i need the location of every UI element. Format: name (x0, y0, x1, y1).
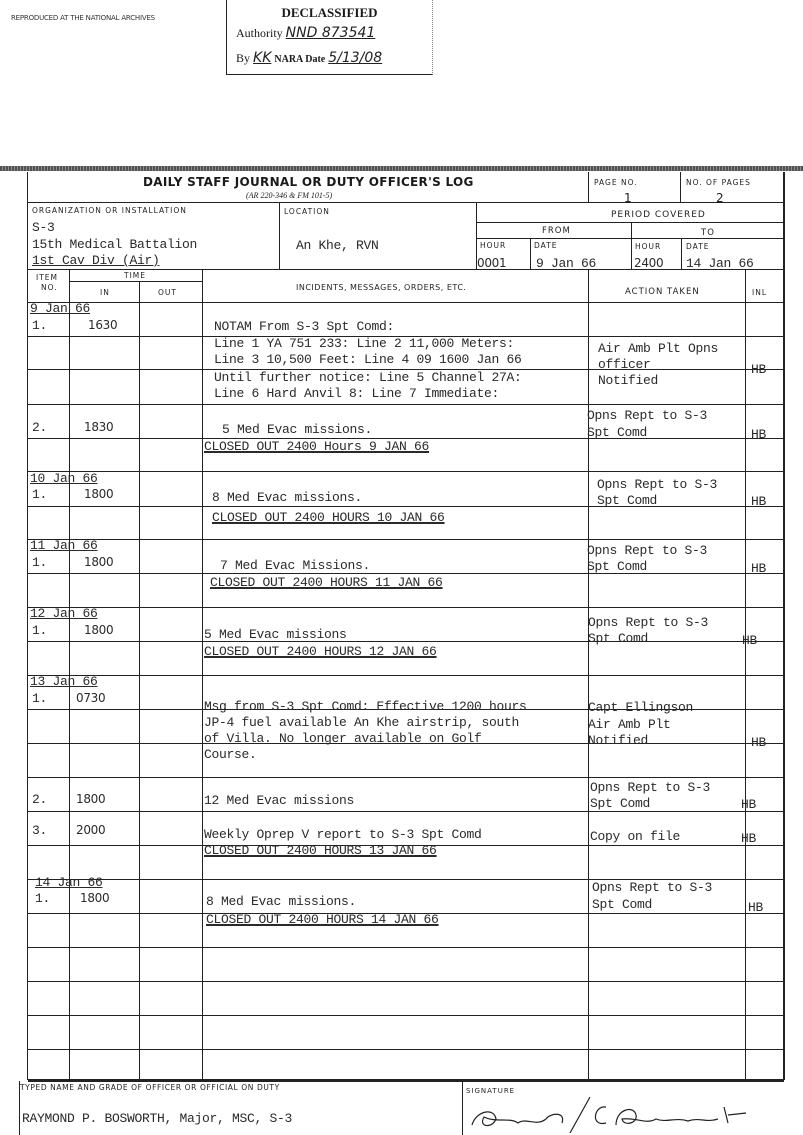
incident-line: JP-4 fuel available An Khe airstrip, sou… (204, 715, 519, 730)
row-divider (28, 675, 784, 676)
incident-line: Line 1 YA 751 233: Line 2 11,000 Meters: (214, 336, 514, 351)
incident-line: NOTAM From S-3 Spt Comd: (214, 319, 394, 334)
form-title: DAILY STAFF JOURNAL OR DUTY OFFICER'S LO… (143, 175, 474, 189)
divider (462, 1081, 463, 1135)
torn-page-edge (0, 166, 803, 171)
incident-line: of Villa. No longer available on Golf (204, 731, 482, 746)
closed-out-line: CLOSED OUT 2400 HOURS 10 JAN 66 (212, 510, 445, 525)
incident-line: Msg from S-3 Spt Comd: Effective 1200 ho… (204, 699, 527, 714)
form-subtitle: (AR 220-346 & FM 101-5) (246, 191, 332, 200)
action-line: Spt Comd (592, 897, 652, 912)
org-line-2: 15th Medical Battalion (32, 237, 197, 252)
item-no: 1. (32, 623, 47, 638)
action-line: Opns Rept to S-3 (587, 408, 707, 423)
row-divider (28, 471, 784, 472)
col-inl-label: INL (752, 288, 767, 297)
divider (680, 172, 681, 202)
time-in: 1800 (84, 555, 113, 569)
initials: HB (751, 561, 766, 576)
org-label: ORGANIZATION OR INSTALLATION (32, 206, 187, 215)
to-date-label: DATE (686, 242, 710, 251)
initials: HB (742, 633, 757, 648)
divider (28, 202, 784, 203)
by-label: By (236, 51, 250, 65)
initials: HB (741, 797, 756, 812)
col-action-label: ACTION TAKEN (625, 287, 700, 297)
from-hour-value: 0001 (477, 256, 506, 270)
action-line: Spt Comd (590, 796, 650, 811)
closed-out-line: CLOSED OUT 2400 HOURS 13 JAN 66 (204, 843, 437, 858)
initials: HB (751, 735, 766, 750)
authority-label: Authority (236, 26, 283, 40)
row-divider (28, 539, 784, 540)
incident-line: Until further notice: Line 5 Channel 27A… (214, 370, 522, 385)
action-line: Opns Rept to S-3 (587, 543, 707, 558)
authority-line: Authority NND 873541 (236, 25, 375, 41)
to-label: TO (701, 228, 715, 238)
col-no-label: NO. (41, 283, 58, 292)
item-no: 1. (32, 555, 47, 570)
closed-out-line: CLOSED OUT 2400 HOURS 12 JAN 66 (204, 644, 437, 659)
nara-date-value: 5/13/08 (328, 50, 382, 66)
row-divider (28, 1015, 784, 1016)
initials: HB (751, 427, 766, 442)
org-line-1: S-3 (32, 220, 55, 235)
incident-line: 5 Med Evac missions (204, 627, 347, 642)
date-header: 11 Jan 66 (30, 538, 98, 553)
incident-line: 7 Med Evac Missions. (220, 558, 370, 573)
incident-line: Course. (204, 747, 257, 762)
time-in: 0730 (76, 691, 105, 705)
action-line: Capt Ellingson (588, 700, 693, 715)
item-no: 2. (32, 420, 47, 435)
from-hour-label: HOUR (480, 241, 506, 250)
initials: HB (741, 831, 756, 846)
row-divider (28, 777, 784, 778)
action-line: Notified (598, 373, 658, 388)
action-line: Spt Comd (597, 493, 657, 508)
divider (69, 281, 202, 282)
action-line: Spt Comd (587, 425, 647, 440)
divider (588, 172, 589, 202)
incident-line: 5 Med Evac missions. (222, 422, 372, 437)
row-divider (28, 573, 784, 574)
col-incidents-label: INCIDENTS, MESSAGES, ORDERS, ETC. (296, 283, 466, 292)
col-in-label: IN (100, 288, 110, 297)
initials: HB (751, 362, 766, 377)
org-line-3: 1st Cav Div (Air) (32, 253, 160, 268)
incident-line: Line 3 10,500 Feet: Line 4 09 1600 Jan 6… (214, 352, 522, 367)
time-in: 1800 (76, 792, 105, 806)
action-line: Opns Rept to S-3 (588, 615, 708, 630)
to-hour-value: 2400 (634, 256, 663, 270)
item-no: 1. (32, 318, 47, 333)
row-divider (28, 811, 784, 812)
action-line: Spt Comd (587, 559, 647, 574)
date-header: 14 Jan 66 (35, 875, 103, 890)
signature-scribble (466, 1093, 786, 1133)
row-divider (28, 302, 784, 303)
divider (530, 238, 531, 269)
action-line: Notified (588, 733, 648, 748)
time-in: 1800 (84, 623, 113, 637)
initials: HB (748, 900, 763, 915)
col-time-label: TIME (124, 271, 146, 280)
date-header: 13 Jan 66 (30, 674, 98, 689)
closed-out-line: CLOSED OUT 2400 Hours 9 JAN 66 (204, 439, 429, 454)
incident-line: Weekly Oprep V report to S-3 Spt Comd (204, 827, 482, 842)
action-line: Opns Rept to S-3 (592, 880, 712, 895)
item-no: 1. (32, 691, 47, 706)
location-value: An Khe, RVN (296, 238, 379, 253)
row-divider (28, 641, 784, 642)
page-no-label: PAGE NO. (594, 178, 638, 187)
time-in: 2000 (76, 823, 105, 837)
declassified-stamp: DECLASSIFIED Authority NND 873541 By KK … (226, 0, 433, 75)
time-in: 1630 (88, 318, 117, 332)
officer-name: RAYMOND P. BOSWORTH, Major, MSC, S-3 (22, 1111, 292, 1126)
col-out-label: OUT (158, 288, 177, 297)
time-in: 1800 (84, 487, 113, 501)
from-label: FROM (542, 226, 571, 236)
date-header: 10 Jan 66 (30, 471, 98, 486)
incident-line: 8 Med Evac missions. (206, 894, 356, 909)
row-divider (28, 947, 784, 948)
pages-label: NO. OF PAGES (686, 178, 751, 187)
item-no: 3. (32, 823, 47, 838)
item-no: 1. (32, 487, 47, 502)
incident-line: Line 6 Hard Anvil 8: Line 7 Immediate: (214, 386, 499, 401)
reproduced-notice: REPRODUCED AT THE NATIONAL ARCHIVES (11, 14, 155, 22)
time-in: 1800 (80, 891, 109, 905)
divider (476, 222, 784, 223)
row-divider (28, 607, 784, 608)
time-in: 1830 (84, 420, 113, 434)
action-line: Air Amb Plt (588, 717, 671, 732)
incident-line: 8 Med Evac missions. (212, 490, 362, 505)
divider (279, 202, 280, 269)
date-header: 12 Jan 66 (30, 606, 98, 621)
row-divider (28, 981, 784, 982)
divider (28, 269, 784, 270)
action-line: Opns Rept to S-3 (597, 477, 717, 492)
date-header: 9 Jan 66 (30, 301, 90, 316)
period-covered-label: PERIOD COVERED (611, 210, 706, 220)
incident-line: 12 Med Evac missions (204, 793, 354, 808)
action-line: officer (598, 357, 651, 372)
divider (631, 222, 632, 269)
action-line: Opns Rept to S-3 (590, 780, 710, 795)
closed-out-line: CLOSED OUT 2400 HOURS 11 JAN 66 (210, 575, 443, 590)
duty-officer-log-form: DAILY STAFF JOURNAL OR DUTY OFFICER'S LO… (27, 172, 785, 1080)
row-divider (28, 404, 784, 405)
officer-name-label: TYPED NAME AND GRADE OF OFFICER OR OFFIC… (20, 1083, 280, 1092)
closed-out-line: CLOSED OUT 2400 HOURS 14 JAN 66 (206, 912, 439, 927)
location-label: LOCATION (284, 207, 330, 216)
by-line: By KK NARA Date 5/13/08 (236, 50, 382, 66)
row-divider (28, 506, 784, 507)
declassified-title: DECLASSIFIED (227, 5, 432, 21)
col-divider (139, 281, 140, 1080)
nara-date-label: NARA Date (274, 54, 325, 65)
by-value: KK (253, 50, 271, 66)
to-hour-label: HOUR (635, 242, 661, 251)
item-no: 1. (35, 891, 50, 906)
divider (681, 238, 682, 269)
row-divider (28, 1049, 784, 1050)
divider (476, 238, 784, 239)
item-no: 2. (32, 792, 47, 807)
col-item-label: ITEM (36, 273, 58, 282)
authority-value: NND 873541 (286, 25, 376, 41)
action-line: Spt Comd (588, 631, 648, 646)
action-line: Air Amb Plt Opns (598, 341, 718, 356)
from-date-label: DATE (534, 241, 558, 250)
action-line: Copy on file (590, 829, 680, 844)
initials: HB (751, 494, 766, 509)
